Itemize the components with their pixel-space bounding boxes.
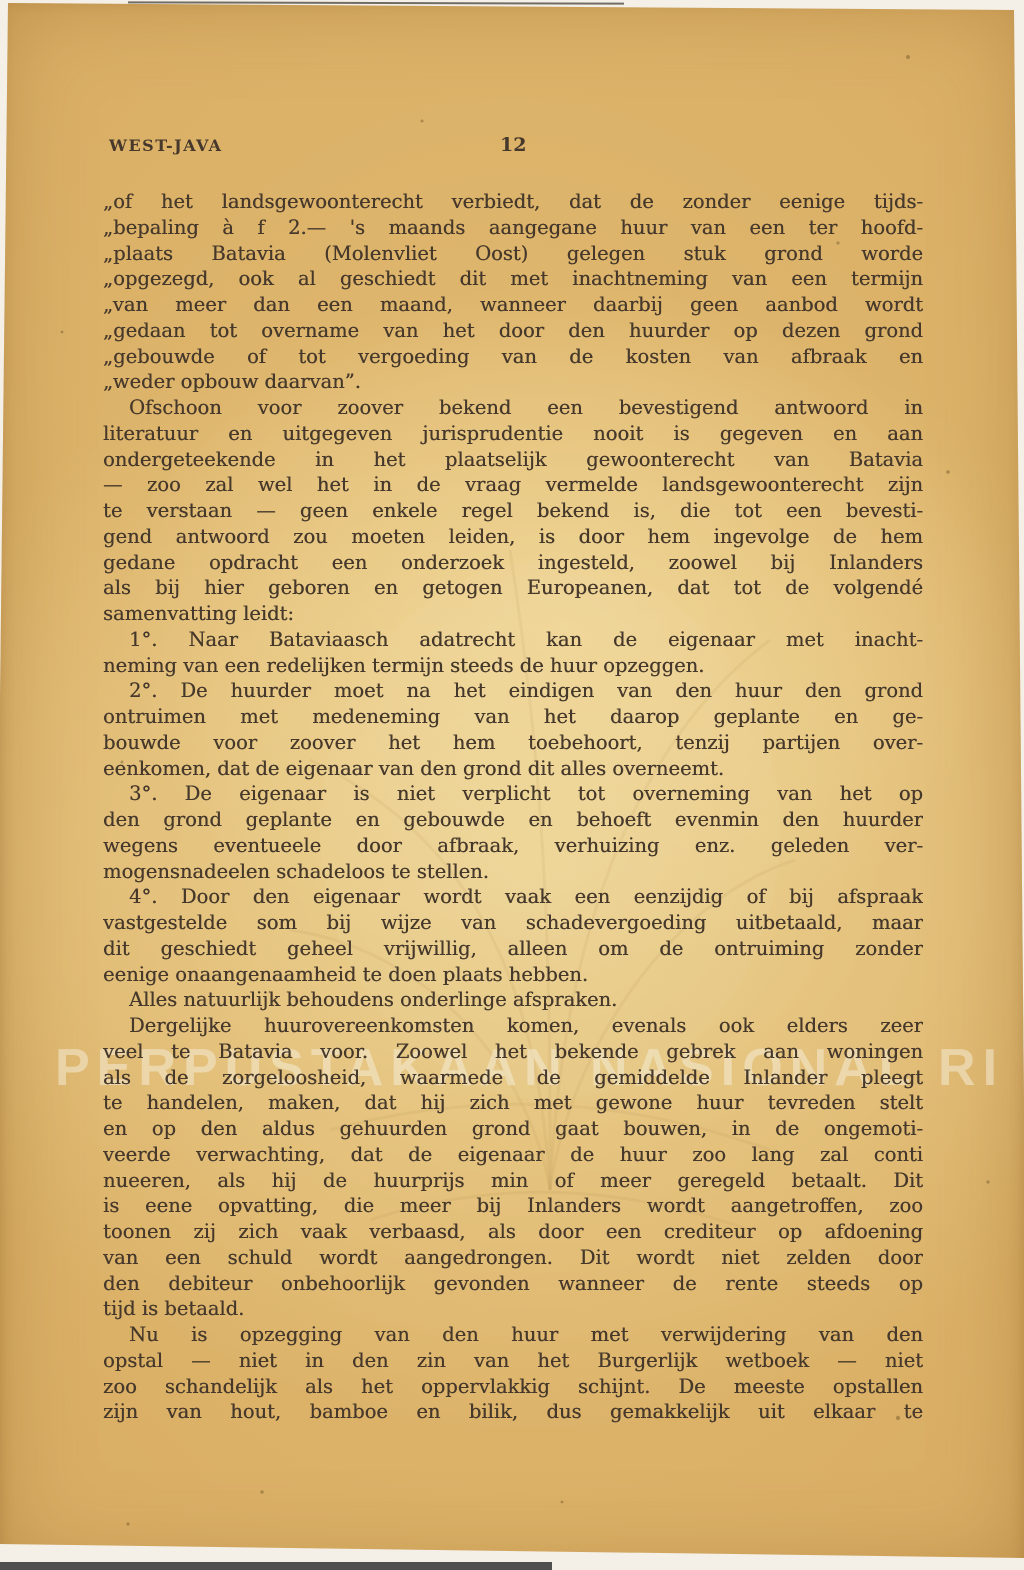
text-line: als bij hier geboren en getogen European… xyxy=(103,575,923,601)
text-line: „plaats Batavia (Molenvliet Oost) gelege… xyxy=(103,241,923,267)
text-line: ontruimen met medeneming van het daarop … xyxy=(103,704,923,730)
text-line: „opgezegd, ook al geschiedt dit met inac… xyxy=(103,266,923,292)
text-line: den debiteur onbehoorlijk gevonden wanne… xyxy=(103,1271,923,1297)
text-line: te verstaan — geen enkele regel bekend i… xyxy=(103,498,923,524)
text-line: Dergelijke huurovereenkomsten komen, eve… xyxy=(103,1013,923,1039)
text-line: 1°. Naar Bataviaasch adatrecht kan de ei… xyxy=(103,627,923,653)
text-line: eenkomen, dat de eigenaar van den grond … xyxy=(103,756,923,782)
body-text: „of het landsgewoonterecht verbiedt, dat… xyxy=(103,189,923,1425)
text-line: is eene opvatting, die meer bij Inlander… xyxy=(103,1193,923,1219)
text-line: mogensnadeelen schadeloos te stellen. xyxy=(103,859,923,885)
text-line: Ofschoon voor zoover bekend een bevestig… xyxy=(103,395,923,421)
header-region-label: WEST-JAVA xyxy=(109,136,223,155)
text-line: 3°. De eigenaar is niet verplicht tot ov… xyxy=(103,781,923,807)
text-line: tijd is betaald. xyxy=(103,1296,923,1322)
header-page-number: 12 xyxy=(500,134,526,156)
text-line: bouwde voor zoover het hem toebehoort, t… xyxy=(103,730,923,756)
text-line: veerde verwachting, dat de eigenaar de h… xyxy=(103,1142,923,1168)
text-line: toonen zij zich vaak verbaasd, als door … xyxy=(103,1219,923,1245)
text-line: dit geschiedt geheel vrijwillig, alleen … xyxy=(103,936,923,962)
text-line: neming van een redelijken termijn steeds… xyxy=(103,653,923,679)
text-line: 4°. Door den eigenaar wordt vaak een een… xyxy=(103,884,923,910)
scanned-page: PERPUSTAKAAN NASIONAL RI WEST-JAVA 12 „o… xyxy=(0,0,1024,1570)
text-line: Alles natuurlijk behoudens onderlinge af… xyxy=(103,987,923,1013)
text-line: samenvatting leidt: xyxy=(103,601,923,627)
text-line: „bepaling à f 2.— 's maands aangegane hu… xyxy=(103,215,923,241)
text-line: als de zorgeloosheid, waarmede de gemidd… xyxy=(103,1065,923,1091)
scanner-bed-strip xyxy=(0,1562,552,1570)
text-line: Nu is opzegging van den huur met verwijd… xyxy=(103,1322,923,1348)
text-line: gend antwoord zou moeten leiden, is door… xyxy=(103,524,923,550)
text-line: te handelen, maken, dat hij zich met gew… xyxy=(103,1090,923,1116)
text-line: „gebouwde of tot vergoeding van de koste… xyxy=(103,344,923,370)
text-line: gedane opdracht een onderzoek ingesteld,… xyxy=(103,550,923,576)
text-line: opstal — niet in den zin van het Burgerl… xyxy=(103,1348,923,1374)
text-line: „of het landsgewoonterecht verbiedt, dat… xyxy=(103,189,923,215)
text-line: „weder opbouw daarvan”. xyxy=(103,369,923,395)
text-line: nueeren, als hij de huurprijs min of mee… xyxy=(103,1168,923,1194)
text-line: zijn van hout, bamboe en bilik, dus gema… xyxy=(103,1399,923,1425)
text-line: veel te Batavia voor. Zoowel het bekende… xyxy=(103,1039,923,1065)
text-line: vastgestelde som bij wijze van schadever… xyxy=(103,910,923,936)
text-line: „van meer dan een maand, wanneer daarbij… xyxy=(103,292,923,318)
paper-top-edge-shadow xyxy=(128,1,624,4)
text-line: en op den aldus gehuurden grond gaat bou… xyxy=(103,1116,923,1142)
text-line: van een schuld wordt aangedrongen. Dit w… xyxy=(103,1245,923,1271)
text-line: wegens eventueele door afbraak, verhuizi… xyxy=(103,833,923,859)
text-line: „gedaan tot overname van het door den hu… xyxy=(103,318,923,344)
text-line: ondergeteekende in het plaatselijk gewoo… xyxy=(103,447,923,473)
text-line: literatuur en uitgegeven jurisprudentie … xyxy=(103,421,923,447)
text-line: 2°. De huurder moet na het eindigen van … xyxy=(103,678,923,704)
text-line: eenige onaangenaamheid te doen plaats he… xyxy=(103,962,923,988)
text-line: den grond geplante en gebouwde en behoef… xyxy=(103,807,923,833)
text-line: — zoo zal wel het in de vraag vermelde l… xyxy=(103,472,923,498)
text-line: zoo schandelijk als het oppervlakkig sch… xyxy=(103,1374,923,1400)
page-header: WEST-JAVA 12 xyxy=(0,136,1024,160)
